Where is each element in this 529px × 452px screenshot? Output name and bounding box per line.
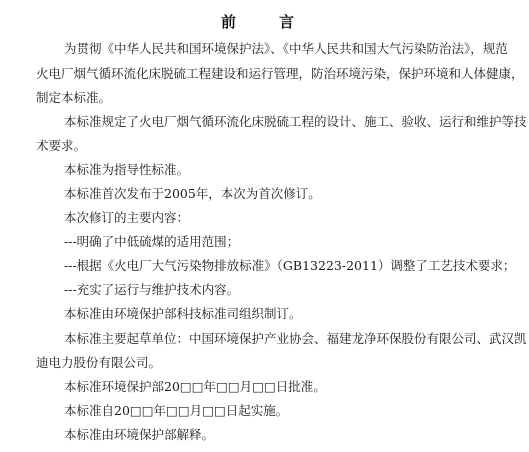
paragraph-line: 本标准由环境保护部科技标准司组织制订。 xyxy=(64,306,302,322)
paragraph-line: 本标准自20□□年□□月□□日起实施。 xyxy=(64,403,288,419)
paragraph-line: 火电厂烟气循环流化床脱硫工程建设和运行管理，防治环境污染，保护环境和人体健康， xyxy=(36,66,524,82)
paragraph-line: 本标准为指导性标准。 xyxy=(64,162,189,178)
paragraph-line: 本标准规定了火电厂烟气循环流化床脱硫工程的设计、施工、验收、运行和维护等技 xyxy=(64,114,527,130)
page-title: 前 言 xyxy=(0,11,529,32)
paragraph-line: 制定本标准。 xyxy=(36,90,111,106)
paragraph-line: 本标准首次发布于2005年，本次为首次修订。 xyxy=(64,186,321,202)
paragraph-line: 迪电力股份有限公司。 xyxy=(36,355,161,371)
revision-item: ---明确了中低硫煤的适用范围； xyxy=(64,234,239,250)
paragraph-line: 术要求。 xyxy=(36,138,86,154)
paragraph-line: 本次修订的主要内容： xyxy=(64,210,189,226)
revision-item: ---充实了运行与维护技术内容。 xyxy=(64,282,239,298)
paragraph-line: 本标准由环境保护部解释。 xyxy=(64,427,214,443)
revision-item: ---根据《火电厂大气污染物排放标准》（GB13223-2011）调整了工艺技术… xyxy=(64,258,515,274)
document-page: 前 言 为贯彻《中华人民共和国环境保护法》、《中华人民共和国大气污染防治法》，规… xyxy=(0,0,529,452)
paragraph-line: 本标准环境保护部20□□年□□月□□日批准。 xyxy=(64,379,326,395)
paragraph-line: 为贯彻《中华人民共和国环境保护法》、《中华人民共和国大气污染防治法》，规范 xyxy=(64,41,508,57)
paragraph-line: 本标准主要起草单位：中国环境保护产业协会、福建龙净环保股份有限公司、武汉凯 xyxy=(64,331,527,347)
